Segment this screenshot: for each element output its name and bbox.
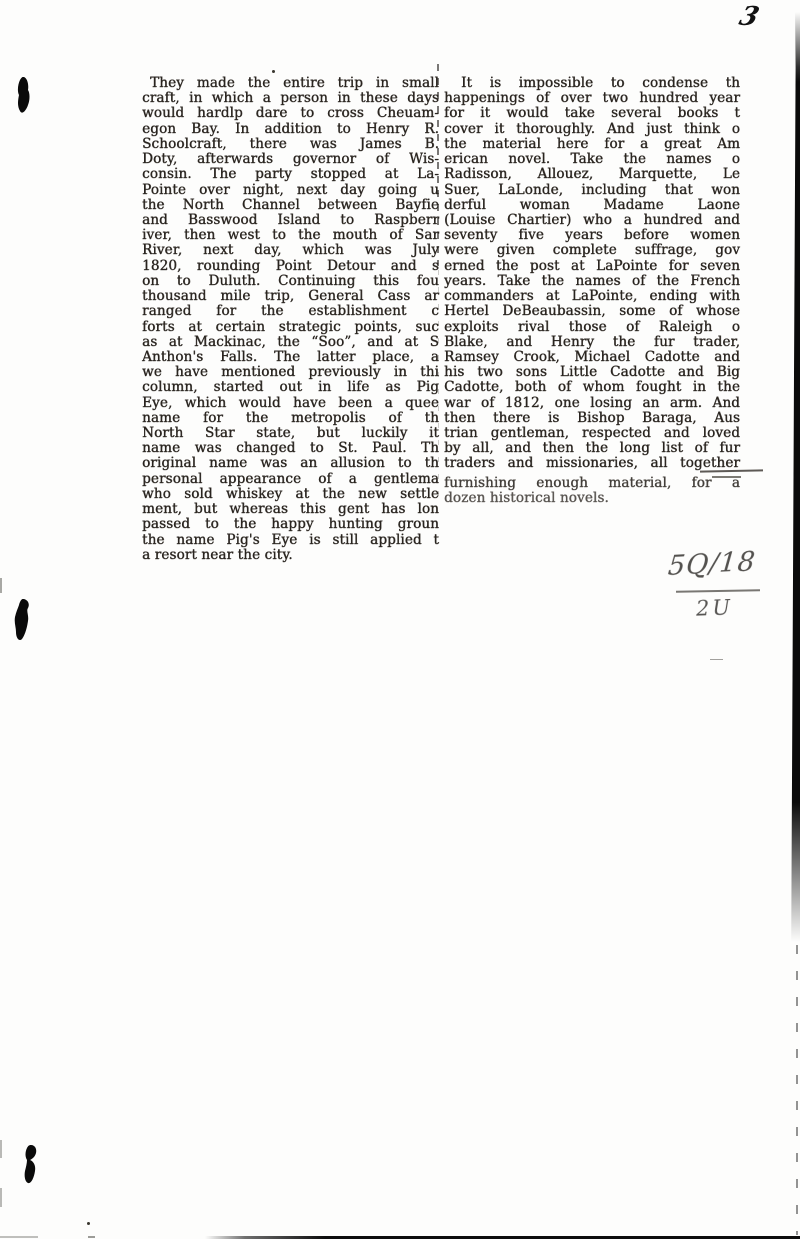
text-line: North Star state, but luckily it [142,426,439,441]
text-line: the material here for a great Am [444,137,740,152]
text-line: trian gentleman, respected and loved [444,426,740,441]
text-line: iver, then west to the mouth of Sar [142,228,439,243]
text-line: exploits rival those of Raleigh o [444,320,740,335]
scan-edge-right [789,12,800,942]
text-line: furnishing enough material, for a [444,476,740,491]
text-line: River, next day, which was July [142,243,439,258]
ink-blob-top [17,77,31,115]
text-line: name was changed to St. Paul. Th [142,441,439,456]
text-line: Schoolcraft, there was James B. [142,137,439,152]
text-line: then there is Bishop Baraga, Aus [444,411,740,426]
ink-blob-bottom [22,1145,38,1184]
text-line: and Basswood Island to Raspberr [142,213,439,228]
scanned-newspaper-page: 3 They made the entire trip in smallcraf… [0,0,800,1239]
text-line: ranged for the establishment c [142,304,439,319]
text-line: passed to the happy hunting groun [142,517,439,532]
text-line: Blake, and Henry the fur trader, [444,335,740,350]
text-line: Cadotte, both of whom fought in the [444,380,740,395]
text-line: Hertel DeBeaubassin, some of whose [444,304,740,319]
scan-edge-bottom [205,1236,800,1239]
paper-speck [272,70,275,73]
text-line: cover it thoroughly. And just think o [444,122,740,137]
text-line: on to Duluth. Continuing this fou [142,274,439,289]
text-line: dozen historical novels. [444,491,740,506]
text-line: seventy five years before women [444,228,740,243]
text-line: erned the post at LaPointe for seven [444,259,740,274]
scan-edge-bottom-left [0,1236,38,1238]
text-line: would hardlp dare to cross Cheuam- [142,106,439,121]
text-line: who sold whiskey at the new settle [142,487,439,502]
column-rule-lower [438,270,439,505]
text-line: war of 1812, one losing an arm. And [444,396,740,411]
text-line: original name was an allusion to th [142,456,439,471]
article-column-right: It is impossible to condense thhappening… [444,76,740,506]
text-line: ment, but whereas this gent has lon [142,502,439,517]
text-line: Ramsey Crook, Michael Cadotte and [444,350,740,365]
text-line: Anthon's Falls. The latter place, a [142,350,439,365]
scan-edge-left-fragment [0,1140,2,1158]
pen-dash-mark [712,476,741,478]
scribble-strikethrough [676,589,760,592]
text-line: traders and missionaries, all together [444,456,740,471]
scan-edge-left-fragment [0,578,2,593]
scan-edge-right-dashes [796,945,798,1235]
text-line: They made the entire trip in small [142,76,439,91]
text-line: Radisson, Allouez, Marquette, Le [444,167,740,182]
text-line: the North Channel between Bayfie [142,198,439,213]
text-line: happenings of over two hundred year [444,91,740,106]
text-line: name for the metropolis of th [142,411,439,426]
text-line: forts at certain strategic points, suc [142,320,439,335]
text-line: were given complete suffrage, gov [444,243,740,258]
scan-edge-left-fragment [0,1188,2,1207]
text-line: consin. The party stopped at La- [142,167,439,182]
text-line: commanders at LaPointe, ending with [444,289,740,304]
text-line: for it would take several books t [444,106,740,121]
text-line: craft, in which a person in these days [142,91,439,106]
text-line: thousand mile trip, General Cass ar [142,289,439,304]
text-line: 1820, rounding Point Detour and s [142,259,439,274]
article-column-left: They made the entire trip in smallcraft,… [142,76,439,563]
text-line: Doty, afterwards governor of Wis- [142,152,439,167]
text-line: a resort near the city. [142,548,439,563]
text-line: egon Bay. In addition to Henry R. [142,122,439,137]
scribble-top-text: 5Q/18 [667,545,790,582]
text-line: we have mentioned previously in thi [142,365,439,380]
faint-pencil-dash [710,659,723,660]
text-line: It is impossible to condense th [444,76,740,91]
text-line: the name Pig's Eye is still applied t [142,533,439,548]
text-line: years. Take the names of the French [444,274,740,289]
text-line: Suer, LaLonde, including that won [444,183,740,198]
text-line: erican novel. Take the names o [444,152,740,167]
text-line: personal appearance of a gentlema [142,472,439,487]
text-line: column, started out in life as Pig [142,380,439,395]
scribble-bottom-text: 2U [696,595,734,620]
text-line: as at Mackinac, the “Soo”, and at S [142,335,439,350]
paper-speck [87,1222,90,1225]
text-line: (Louise Chartier) who a hundred and [444,213,740,228]
handwritten-page-number: 3 [736,2,763,33]
ink-blob-middle [13,599,31,641]
handwritten-scribble: 5Q/18 2U [668,548,788,579]
text-line: by all, and then the long list of fur [444,441,740,456]
text-line: derful woman Madame Laone [444,198,740,213]
text-line: Pointe over night, next day going u [142,183,439,198]
column-rule [437,64,439,266]
text-line: Eye, which would have been a quee [142,396,439,411]
text-line: his two sons Little Cadotte and Big [444,365,740,380]
scan-edge-bottom-tick [88,1236,95,1238]
